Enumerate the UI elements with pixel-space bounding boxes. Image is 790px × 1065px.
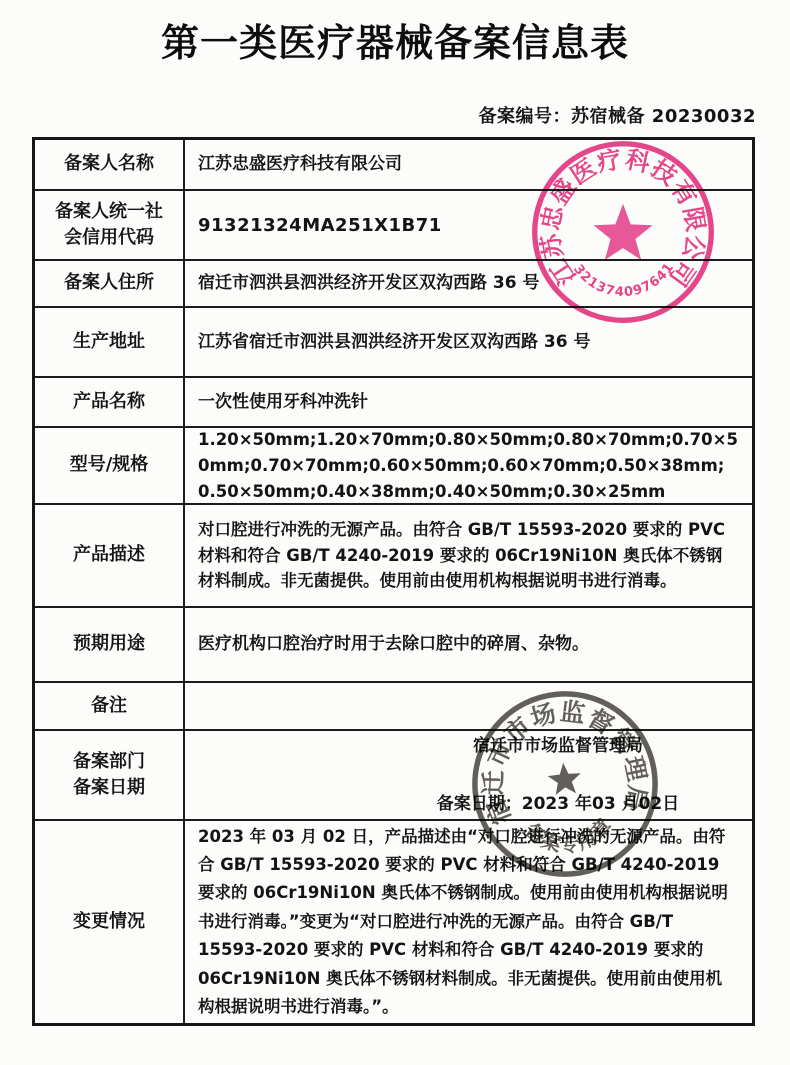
row-value: 医疗机构口腔治疗时用于去除口腔中的碎屑、杂物。	[185, 608, 752, 681]
table-row-applicant-name: 备案人名称 江苏忠盛医疗科技有限公司	[35, 140, 752, 191]
row-value: 1.20×50mm;1.20×70mm;0.80×50mm;0.80×70mm;…	[185, 428, 752, 503]
row-value: 江苏忠盛医疗科技有限公司	[185, 140, 752, 189]
row-label: 备案人名称	[35, 140, 185, 189]
row-label: 备注	[35, 683, 185, 729]
table-row-production-address: 生产地址 江苏省宿迁市泗洪县泗洪经济开发区双沟西路 36 号	[35, 308, 752, 378]
row-label: 产品名称	[35, 378, 185, 426]
filing-department: 宿迁市市场监督管理局	[388, 732, 728, 761]
row-value: 对口腔进行冲洗的无源产品。由符合 GB/T 15593-2020 要求的 PVC…	[185, 505, 752, 606]
table-row-credit-code: 备案人统一社会信用代码 91321324MA251X1B71	[35, 191, 752, 261]
table-row-change-status: 变更情况 2023 年 03 月 02 日，产品描述由“对口腔进行冲洗的无源产品…	[35, 821, 752, 1023]
table-row-applicant-address: 备案人住所 宿迁市泗洪县泗洪经济开发区双沟西路 36 号	[35, 261, 752, 308]
row-value: 宿迁市泗洪县泗洪经济开发区双沟西路 36 号	[185, 261, 752, 306]
row-label: 预期用途	[35, 608, 185, 681]
row-label: 生产地址	[35, 308, 185, 376]
row-label: 备案部门 备案日期	[35, 731, 185, 819]
row-value: 91321324MA251X1B71	[185, 191, 752, 259]
row-value: 2023 年 03 月 02 日，产品描述由“对口腔进行冲洗的无源产品。由符合 …	[185, 821, 752, 1023]
row-value: 宿迁市市场监督管理局 备案日期：2023 年03 月02日	[185, 731, 752, 819]
registration-table: 备案人名称 江苏忠盛医疗科技有限公司 备案人统一社会信用代码 91321324M…	[32, 137, 755, 1026]
row-label: 变更情况	[35, 821, 185, 1023]
table-row-intended-use: 预期用途 医疗机构口腔治疗时用于去除口腔中的碎屑、杂物。	[35, 608, 752, 683]
page-title: 第一类医疗器械备案信息表	[0, 12, 790, 67]
table-row-filing-department-date: 备案部门 备案日期 宿迁市市场监督管理局 备案日期：2023 年03 月02日	[35, 731, 752, 821]
table-row-product-description: 产品描述 对口腔进行冲洗的无源产品。由符合 GB/T 15593-2020 要求…	[35, 505, 752, 608]
record-number-value: 苏宿械备 20230032	[571, 106, 756, 127]
record-number-label: 备案编号：	[479, 106, 572, 127]
row-label: 型号/规格	[35, 428, 185, 503]
table-row-model-spec: 型号/规格 1.20×50mm;1.20×70mm;0.80×50mm;0.80…	[35, 428, 752, 505]
filing-date: 备案日期：2023 年03 月02日	[388, 790, 728, 819]
table-row-product-name: 产品名称 一次性使用牙科冲洗针	[35, 378, 752, 428]
row-label: 备案人统一社会信用代码	[35, 191, 185, 259]
row-value: 一次性使用牙科冲洗针	[185, 378, 752, 426]
record-number-line: 备案编号：苏宿械备 20230032	[479, 102, 756, 128]
row-label: 产品描述	[35, 505, 185, 606]
row-value: 江苏省宿迁市泗洪县泗洪经济开发区双沟西路 36 号	[185, 308, 752, 376]
row-label: 备案人住所	[35, 261, 185, 306]
